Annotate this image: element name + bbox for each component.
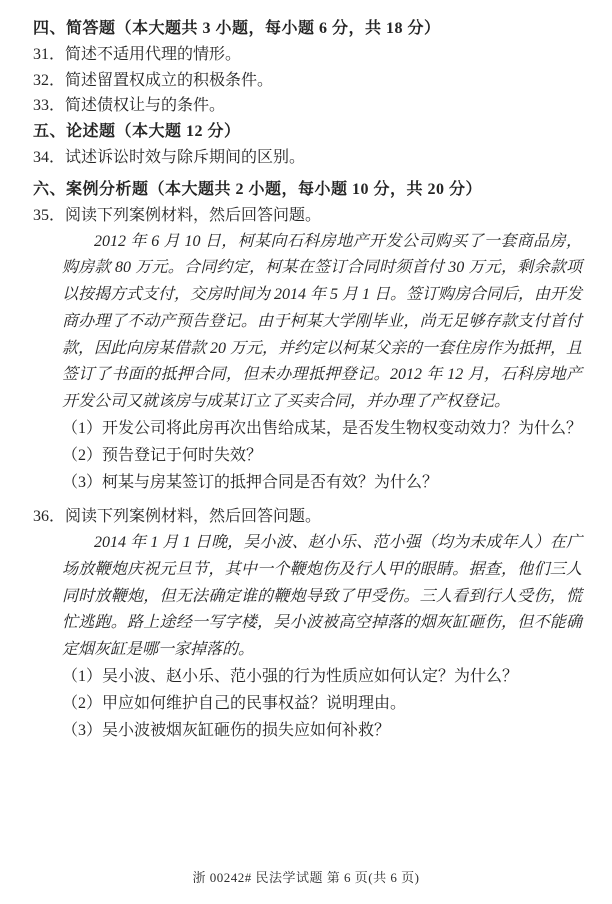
question-33: 33． 简述债权让与的条件。: [33, 93, 582, 119]
section-short-answer-heading: 四、简答题（本大题共 3 小题，每小题 6 分，共 18 分）: [33, 16, 582, 42]
section-essay-heading: 五、论述题（本大题 12 分）: [33, 119, 582, 145]
section-essay: 五、论述题（本大题 12 分） 34． 试述诉讼时效与除斥期间的区别。: [33, 119, 582, 171]
case-36: 36． 阅读下列案例材料，然后回答问题。 2014 年 1 月 1 日晚，吴小波…: [33, 504, 582, 744]
question-35-number: 35．: [33, 203, 65, 229]
question-36: 36． 阅读下列案例材料，然后回答问题。: [33, 504, 582, 530]
question-31: 31． 简述不适用代理的情形。: [33, 42, 582, 68]
question-33-number: 33．: [33, 93, 65, 119]
question-31-text: 简述不适用代理的情形。: [65, 42, 582, 68]
section-case-analysis: 六、案例分析题（本大题共 2 小题，每小题 10 分，共 20 分） 35． 阅…: [33, 177, 582, 744]
question-36-number: 36．: [33, 504, 65, 530]
section-case-analysis-heading: 六、案例分析题（本大题共 2 小题，每小题 10 分，共 20 分）: [33, 177, 582, 203]
section-short-answer: 四、简答题（本大题共 3 小题，每小题 6 分，共 18 分） 31． 简述不适…: [33, 16, 582, 119]
question-32-text: 简述留置权成立的积极条件。: [65, 68, 582, 94]
subquestion-36-2: （2）甲应如何维护自己的民事权益？说明理由。: [62, 691, 582, 718]
case-36-text: 2014 年 1 月 1 日晚，吴小波、赵小乐、范小强（均为未成年人）在广场放鞭…: [62, 530, 582, 664]
question-31-number: 31．: [33, 42, 65, 68]
question-34-number: 34．: [33, 145, 65, 171]
subquestion-36-3: （3）吴小波被烟灰缸砸伤的损失应如何补救？: [62, 718, 582, 745]
case-35-text: 2012 年 6 月 10 日，柯某向石科房地产开发公司购买了一套商品房，购房款…: [62, 229, 582, 417]
question-36-intro: 阅读下列案例材料，然后回答问题。: [65, 504, 582, 530]
exam-content: 四、简答题（本大题共 3 小题，每小题 6 分，共 18 分） 31． 简述不适…: [0, 0, 612, 744]
question-32-number: 32．: [33, 68, 65, 94]
case-35: 35． 阅读下列案例材料，然后回答问题。 2012 年 6 月 10 日，柯某向…: [33, 203, 582, 496]
exam-page: 四、简答题（本大题共 3 小题，每小题 6 分，共 18 分） 31． 简述不适…: [0, 0, 612, 904]
question-35-intro: 阅读下列案例材料，然后回答问题。: [65, 203, 582, 229]
subquestion-35-2: （2）预告登记于何时失效？: [62, 443, 582, 470]
question-33-text: 简述债权让与的条件。: [65, 93, 582, 119]
page-footer: 浙 00242# 民法学试题 第 6 页(共 6 页): [0, 867, 612, 886]
question-35: 35． 阅读下列案例材料，然后回答问题。: [33, 203, 582, 229]
question-34: 34． 试述诉讼时效与除斥期间的区别。: [33, 145, 582, 171]
subquestion-36-1: （1）吴小波、赵小乐、范小强的行为性质应如何认定？为什么？: [62, 664, 582, 691]
question-32: 32． 简述留置权成立的积极条件。: [33, 68, 582, 94]
question-34-text: 试述诉讼时效与除斥期间的区别。: [65, 145, 582, 171]
subquestion-35-1: （1）开发公司将此房再次出售给成某，是否发生物权变动效力？为什么？: [62, 416, 582, 443]
subquestion-35-3: （3）柯某与房某签订的抵押合同是否有效？为什么？: [62, 470, 582, 497]
